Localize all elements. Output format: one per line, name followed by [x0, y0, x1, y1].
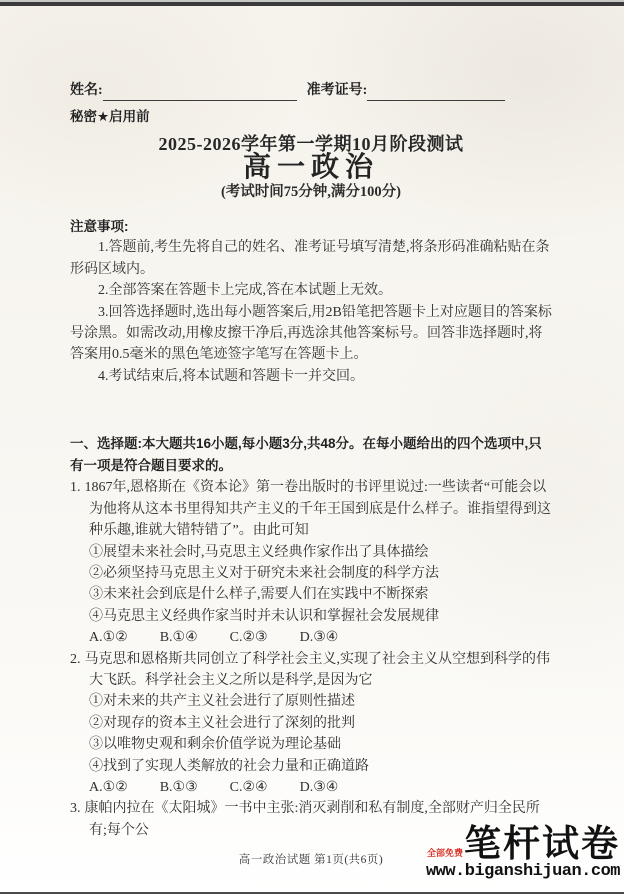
question-1-option-a: A.①② — [89, 627, 128, 648]
question-1-choice-4: ④马克思主义经典作家当时并未认识和掌握社会发展规律 — [70, 606, 552, 627]
question-1-stem: 1.1867年,恩格斯在《资本论》第一卷出版时的书评里说过:一些读者“可能会以为… — [70, 477, 552, 541]
scan-edge-top-dark — [0, 2, 624, 6]
question-2-choice-2: ②对现存的资本主义社会进行了深刻的批判 — [70, 713, 552, 734]
notice-item-4: 4.考试结束后,将本试题和答题卡一并交回。 — [70, 366, 552, 387]
question-1-stem-text: 1867年,恩格斯在《资本论》第一卷出版时的书评里说过:一些读者“可能会以为他将… — [85, 480, 552, 538]
question-1-choice-1: ①展望未来社会时,马克思主义经典作家作出了具体描绘 — [70, 542, 552, 563]
question-2-number: 2. — [70, 652, 81, 667]
student-name-blank — [103, 86, 297, 101]
notice-item-1: 1.答题前,考生先将自己的姓名、准考证号填写清楚,将条形码准确粘贴在条形码区域内… — [70, 237, 552, 280]
question-2-choice-3: ③以唯物史观和剩余价值学说为理论基础 — [70, 734, 552, 755]
question-1-option-d: D.③④ — [300, 627, 339, 648]
watermark-top-row: 全部免费 笔杆试卷 — [426, 825, 620, 862]
question-1: 1.1867年,恩格斯在《资本论》第一卷出版时的书评里说过:一些读者“可能会以为… — [70, 477, 552, 648]
admission-ticket-blank — [367, 86, 505, 101]
notice-heading: 注意事项: — [70, 216, 552, 237]
student-name-label: 姓名: — [70, 80, 103, 101]
exam-duration-info: (考试时间75分钟,满分100分) — [70, 182, 552, 203]
notice-item-2: 2.全部答案在答题卡上完成,答在本试题上无效。 — [70, 280, 552, 301]
admission-ticket-label: 准考证号: — [307, 80, 368, 101]
watermark: 全部免费 笔杆试卷 www.biganshijuan.com — [426, 825, 620, 880]
student-info-row: 姓名: 准考证号: — [70, 80, 552, 101]
question-2-option-b: B.①③ — [160, 777, 198, 798]
question-2-stem: 2.马克思和恩格斯共同创立了科学社会主义,实现了社会主义从空想到科学的伟大飞跃。… — [70, 649, 552, 692]
question-2-choice-4: ④找到了实现人类解放的社会力量和正确道路 — [70, 756, 552, 777]
exam-subject-title: 高一政治 — [70, 157, 552, 178]
question-3-number: 3. — [70, 801, 81, 816]
watermark-brand: 笔杆试卷 — [464, 825, 620, 862]
question-1-choice-2: ②必须坚持马克思主义对于研究未来社会制度的科学方法 — [70, 563, 552, 584]
section-heading-multiple-choice: 一、选择题:本大题共16小题,每小题3分,共48分。在每小题给出的四个选项中,只… — [70, 433, 552, 477]
question-2: 2.马克思和恩格斯共同创立了科学社会主义,实现了社会主义从空想到科学的伟大飞跃。… — [70, 649, 552, 799]
question-2-option-d: D.③④ — [300, 777, 339, 798]
question-1-choice-3: ③未来社会到底是什么样子,需要人们在实践中不断探索 — [70, 584, 552, 605]
question-2-choice-1: ①对未来的共产主义社会进行了原则性描述 — [70, 691, 552, 712]
question-2-option-a: A.①② — [89, 777, 128, 798]
question-2-options-row: A.①② B.①③ C.②④ D.③④ — [70, 777, 552, 798]
exam-paper-page: 姓名: 准考证号: 秘密★启用前 2025-2026学年第一学期10月阶段测试 … — [0, 0, 624, 894]
question-1-option-c: C.②③ — [230, 627, 268, 648]
question-1-number: 1. — [70, 480, 81, 495]
secrecy-notice: 秘密★启用前 — [70, 106, 552, 127]
watermark-url: www.biganshijuan.com — [426, 863, 620, 880]
question-1-option-b: B.①④ — [160, 627, 198, 648]
question-1-options-row: A.①② B.①④ C.②③ D.③④ — [70, 627, 552, 648]
paper-content: 姓名: 准考证号: 秘密★启用前 2025-2026学年第一学期10月阶段测试 … — [0, 80, 624, 872]
watermark-free-badge: 全部免费 — [427, 849, 463, 858]
question-2-option-c: C.②④ — [230, 777, 268, 798]
question-2-stem-text: 马克思和恩格斯共同创立了科学社会主义,实现了社会主义从空想到科学的伟大飞跃。科学… — [85, 652, 551, 688]
notice-item-3: 3.回答选择题时,选出每小题答案后,用2B铅笔把答题卡上对应题目的答案标号涂黑。… — [70, 302, 552, 366]
